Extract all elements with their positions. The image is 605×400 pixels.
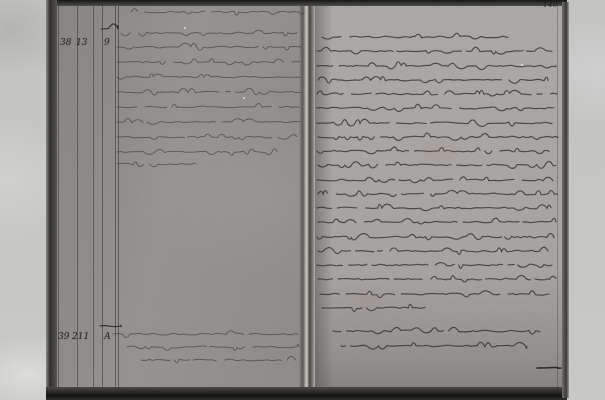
photo-frame: { "photo": { "background_color": "#c3c3c… [0,0,605,400]
film-grain-overlay [0,0,605,400]
